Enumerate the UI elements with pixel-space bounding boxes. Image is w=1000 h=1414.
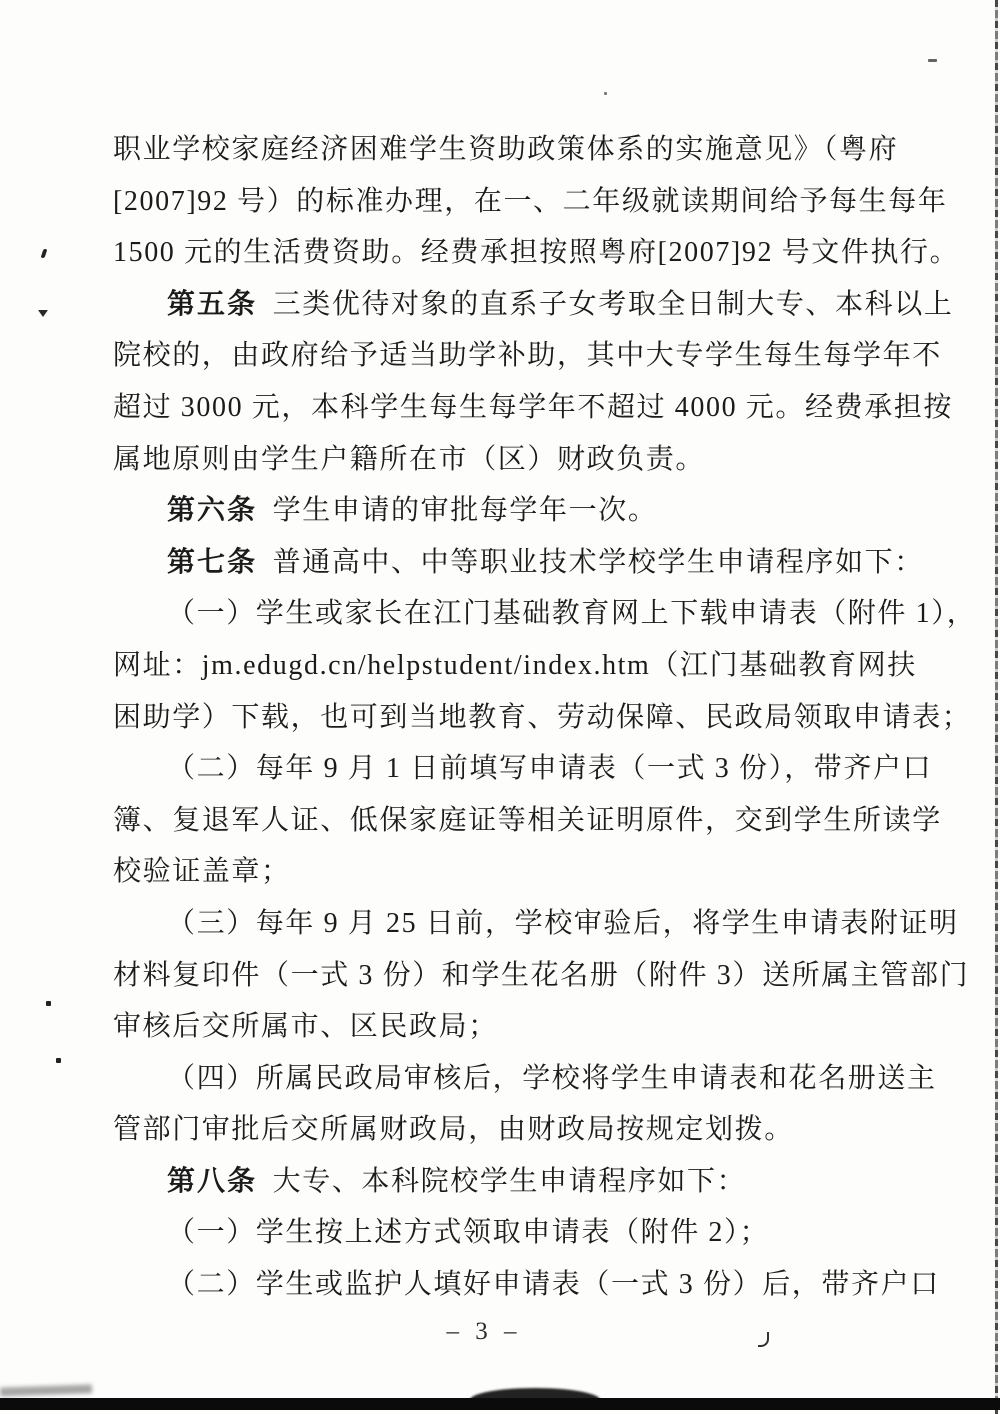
document-line: 第七条 普通高中、中等职业技术学校学生申请程序如下： bbox=[113, 537, 903, 589]
document-line: 困助学）下载，也可到当地教育、劳动保障、民政局领取申请表； bbox=[113, 692, 903, 744]
article-number: 第五条 bbox=[167, 289, 257, 320]
document-line: （四）所属民政局审核后，学校将学生申请表和花名册送主 bbox=[113, 1053, 903, 1105]
scan-artifact-ink-mark bbox=[604, 92, 607, 95]
document-line: （一）学生或家长在江门基础教育网上下载申请表（附件 1）， bbox=[113, 588, 903, 640]
document-line: 超过 3000 元，本科学生每生每学年不超过 4000 元。经费承担按 bbox=[113, 382, 903, 434]
document-line: 职业学校家庭经济困难学生资助政策体系的实施意见》（粤府 bbox=[113, 124, 903, 176]
document-line: （一）学生按上述方式领取申请表（附件 2）； bbox=[113, 1207, 903, 1259]
document-line: 属地原则由学生户籍所在市（区）财政负责。 bbox=[113, 434, 903, 486]
document-line: 校验证盖章； bbox=[113, 846, 903, 898]
scan-artifact-scanner-bar bbox=[0, 1398, 1000, 1410]
document-line: 第六条 学生申请的审批每学年一次。 bbox=[113, 485, 903, 537]
scan-artifact-ink-mark bbox=[56, 1058, 61, 1063]
scan-artifact-ink-mark bbox=[41, 249, 48, 258]
document-line: 网址：jm.edugd.cn/helpstudent/index.htm（江门基… bbox=[113, 640, 903, 692]
document-line: 簿、复退军人证、低保家庭证等相关证明原件，交到学生所读学 bbox=[113, 795, 903, 847]
scan-artifact-ink-mark bbox=[46, 1001, 51, 1006]
document-line: 院校的，由政府给予适当助学补助，其中大专学生每生每学年不 bbox=[113, 330, 903, 382]
document-line: 审核后交所属市、区民政局； bbox=[113, 1001, 903, 1053]
document-line: 第五条 三类优待对象的直系子女考取全日制大专、本科以上 bbox=[113, 279, 903, 331]
article-number: 第八条 bbox=[167, 1166, 257, 1197]
document-line: 材料复印件（一式 3 份）和学生花名册（附件 3）送所属主管部门 bbox=[113, 950, 903, 1002]
scan-artifact-ink-mark bbox=[928, 59, 937, 62]
page-number: – 3 – bbox=[0, 1318, 968, 1346]
document-line: [2007]92 号）的标准办理，在一、二年级就读期间给予每生每年 bbox=[113, 176, 903, 228]
article-number: 第六条 bbox=[167, 495, 257, 526]
scan-artifact-page-edge bbox=[995, 0, 998, 1414]
document-line: （二）每年 9 月 1 日前填写申请表（一式 3 份），带齐户口 bbox=[113, 743, 903, 795]
scanned-document-page: 职业学校家庭经济困难学生资助政策体系的实施意见》（粤府[2007]92 号）的标… bbox=[0, 0, 1000, 1414]
scan-artifact-ink-mark bbox=[38, 310, 48, 317]
document-body: 职业学校家庭经济困难学生资助政策体系的实施意见》（粤府[2007]92 号）的标… bbox=[113, 124, 903, 1311]
document-line: （三）每年 9 月 25 日前，学校审验后，将学生申请表附证明 bbox=[113, 898, 903, 950]
document-line: 1500 元的生活费资助。经费承担按照粤府[2007]92 号文件执行。 bbox=[113, 227, 903, 279]
article-number: 第七条 bbox=[167, 547, 257, 578]
document-line: 第八条 大专、本科院校学生申请程序如下： bbox=[113, 1156, 903, 1208]
scan-artifact-smudge bbox=[0, 1384, 92, 1396]
document-line: （二）学生或监护人填好申请表（一式 3 份）后，带齐户口 bbox=[113, 1259, 903, 1311]
document-line: 管部门审批后交所属财政局，由财政局按规定划拨。 bbox=[113, 1104, 903, 1156]
